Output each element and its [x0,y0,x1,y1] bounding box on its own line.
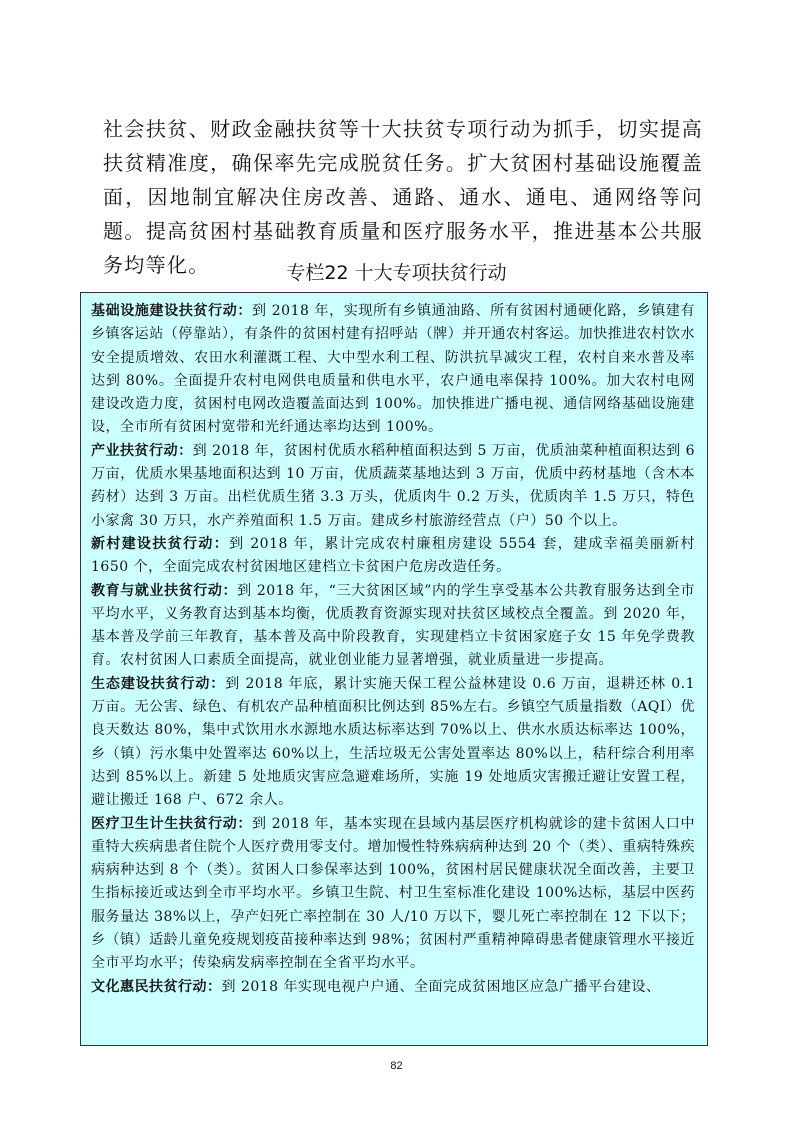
section-infrastructure: 基础设施建设扶贫行动：到 2018 年，实现所有乡镇通油路、所有贫困村通硬化路，… [91,300,695,440]
section-heading: 产业扶贫行动： [91,443,193,459]
section-heading: 文化惠民扶贫行动： [91,979,222,995]
intro-text: 社会扶贫、财政金融扶贫等十大扶贫专项行动为抓手，切实提高扶贫精准度，确保率先完成… [103,112,703,282]
section-education-employment: 教育与就业扶贫行动：到 2018 年，“三大贫困区域”内的学生享受基本公共教育服… [91,580,695,673]
column-title: 专栏22 十大专项扶贫行动 [0,259,793,287]
section-heading: 新村建设扶贫行动： [91,536,229,552]
page-number: 82 [0,1060,793,1072]
section-ecology: 生态建设扶贫行动：到 2018 年底，累计实施天保工程公益林建设 0.6 万亩，… [91,673,695,813]
section-heading: 医疗卫生计生扶贫行动： [91,816,252,832]
section-body: 到 2018 年实现电视户户通、全面完成贫困地区应急广播平台建设、 [222,979,661,995]
section-heading: 基础设施建设扶贫行动： [91,303,252,319]
column-box: 基础设施建设扶贫行动：到 2018 年，实现所有乡镇通油路、所有贫困村通硬化路，… [80,292,708,1046]
section-body: 到 2018 年，基本实现在县域内基层医疗机构就诊的建卡贫困人口中重特大疾病患者… [91,816,695,972]
section-health: 医疗卫生计生扶贫行动：到 2018 年，基本实现在县域内基层医疗机构就诊的建卡贫… [91,813,695,976]
intro-paragraph: 社会扶贫、财政金融扶贫等十大扶贫专项行动为抓手，切实提高扶贫精准度，确保率先完成… [103,112,703,282]
section-heading: 教育与就业扶贫行动： [91,583,237,599]
section-body: 到 2018 年底，累计实施天保工程公益林建设 0.6 万亩，退耕还林 0.1 … [91,676,695,808]
section-industry: 产业扶贫行动：到 2018 年，贫困村优质水稻种植面积达到 5 万亩，优质油菜种… [91,440,695,533]
section-culture: 文化惠民扶贫行动：到 2018 年实现电视户户通、全面完成贫困地区应急广播平台建… [91,976,695,999]
section-body: 到 2018 年，实现所有乡镇通油路、所有贫困村通硬化路，乡镇建有乡镇客运站（停… [91,303,695,435]
section-new-village: 新村建设扶贫行动：到 2018 年，累计完成农村廉租房建设 5554 套，建成幸… [91,533,695,580]
section-heading: 生态建设扶贫行动： [91,676,225,692]
